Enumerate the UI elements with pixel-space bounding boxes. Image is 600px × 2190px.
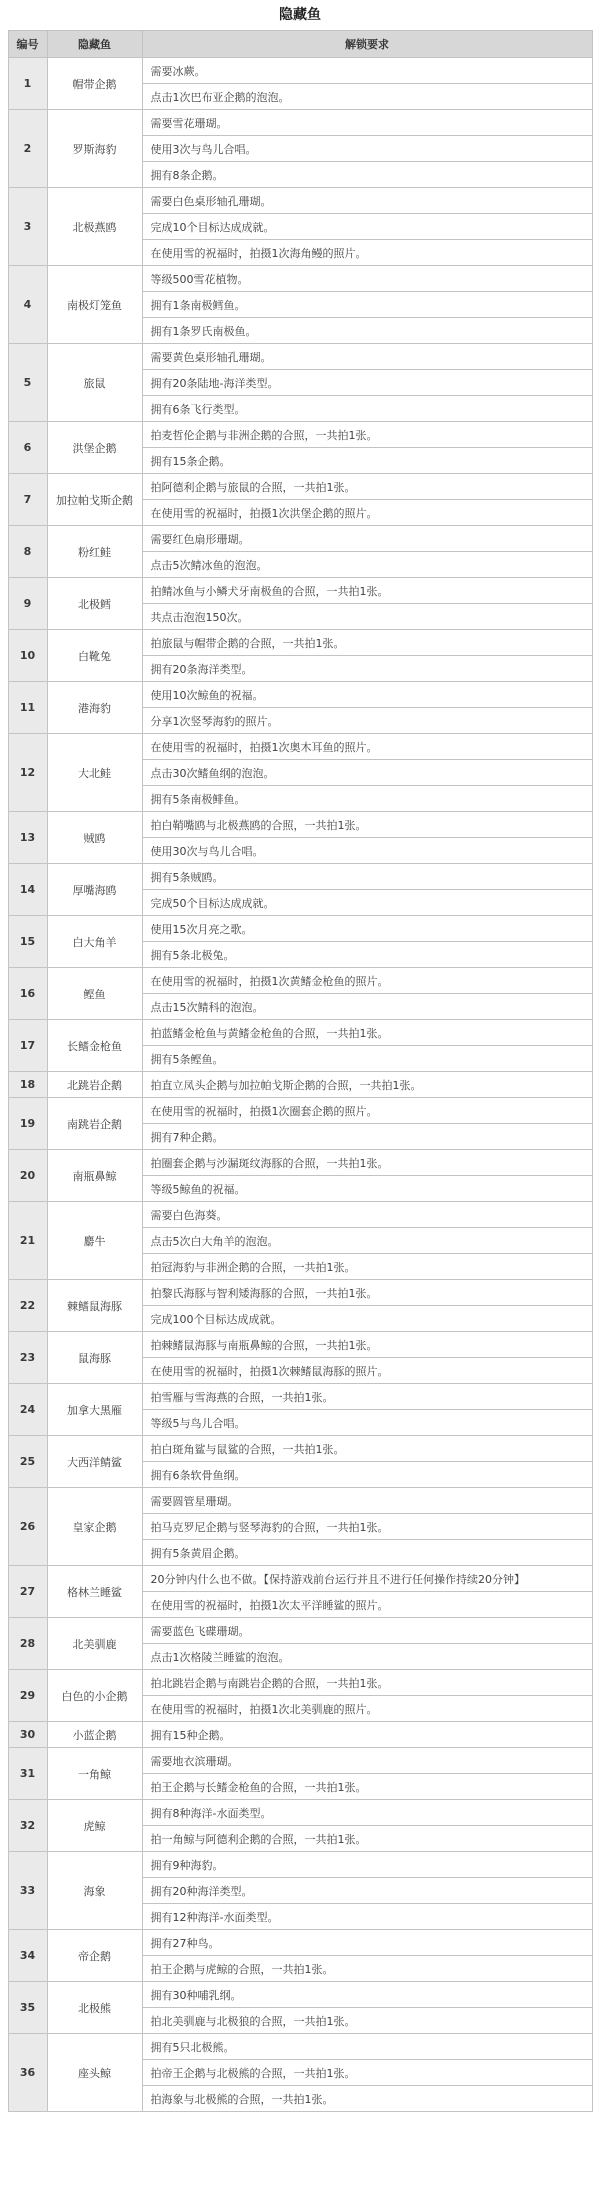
table-row: 18北跳岩企鹅拍直立凤头企鹅与加拉帕戈斯企鹅的合照，一共拍1张。 (8, 1072, 592, 1098)
table-row: 1帽带企鹅需要冰蕨。 (8, 58, 592, 84)
fish-name-cell: 帽带企鹅 (47, 58, 142, 110)
table-row: 10白靴兔拍旅鼠与帽带企鹅的合照，一共拍1张。 (8, 630, 592, 656)
table-row: 22棘鳍鼠海豚拍黎氏海豚与智利矮海豚的合照，一共拍1张。 (8, 1280, 592, 1306)
fish-name-cell: 棘鳍鼠海豚 (47, 1280, 142, 1332)
requirement-cell: 在使用雪的祝福时，拍摄1次黄鳍金枪鱼的照片。 (142, 968, 592, 994)
requirement-cell: 需要黄色桌形轴孔珊瑚。 (142, 344, 592, 370)
row-number-cell: 28 (8, 1618, 47, 1670)
requirement-cell: 拥有5条南极鲱鱼。 (142, 786, 592, 812)
requirement-cell: 拍北美驯鹿与北极狼的合照，一共拍1张。 (142, 2008, 592, 2034)
requirement-cell: 使用10次鲸鱼的祝福。 (142, 682, 592, 708)
fish-name-cell: 北美驯鹿 (47, 1618, 142, 1670)
requirement-cell: 拍一角鲸与阿德利企鹅的合照，一共拍1张。 (142, 1826, 592, 1852)
table-row: 25大西洋鲭鲨拍白斑角鲨与鼠鲨的合照，一共拍1张。 (8, 1436, 592, 1462)
row-number-cell: 13 (8, 812, 47, 864)
fish-name-cell: 加拉帕戈斯企鹅 (47, 474, 142, 526)
table-row: 26皇家企鹅需要圆管星珊瑚。 (8, 1488, 592, 1514)
row-number-cell: 21 (8, 1202, 47, 1280)
row-number-cell: 32 (8, 1800, 47, 1852)
requirement-cell: 等级500雪花植物。 (142, 266, 592, 292)
table-row: 15白大角羊使用15次月亮之歌。 (8, 916, 592, 942)
requirement-cell: 使用3次与鸟儿合唱。 (142, 136, 592, 162)
row-number-cell: 23 (8, 1332, 47, 1384)
requirement-cell: 在使用雪的祝福时，拍摄1次洪堡企鹅的照片。 (142, 500, 592, 526)
requirement-cell: 拥有1条罗氏南极鱼。 (142, 318, 592, 344)
table-row: 27格林兰睡鲨20分钟内什么也不做。【保持游戏前台运行并且不进行任何操作持续20… (8, 1566, 592, 1592)
requirement-cell: 拥有5条黄眉企鹅。 (142, 1540, 592, 1566)
requirement-cell: 分享1次竖琴海豹的照片。 (142, 708, 592, 734)
fish-name-cell: 虎鲸 (47, 1800, 142, 1852)
requirement-cell: 拍王企鹅与虎鲸的合照，一共拍1张。 (142, 1956, 592, 1982)
fish-name-cell: 大北鲑 (47, 734, 142, 812)
fish-name-cell: 一角鲸 (47, 1748, 142, 1800)
fish-name-cell: 洪堡企鹅 (47, 422, 142, 474)
requirement-cell: 拥有5条鲣鱼。 (142, 1046, 592, 1072)
table-row: 24加拿大黑雁拍雪雁与雪海燕的合照，一共拍1张。 (8, 1384, 592, 1410)
table-row: 11港海豹使用10次鲸鱼的祝福。 (8, 682, 592, 708)
requirement-cell: 需要雪花珊瑚。 (142, 110, 592, 136)
table-row: 16鲣鱼在使用雪的祝福时，拍摄1次黄鳍金枪鱼的照片。 (8, 968, 592, 994)
table-row: 12大北鲑在使用雪的祝福时，拍摄1次奥木耳鱼的照片。 (8, 734, 592, 760)
requirement-cell: 在使用雪的祝福时，拍摄1次太平洋睡鲨的照片。 (142, 1592, 592, 1618)
requirement-cell: 拥有27种鸟。 (142, 1930, 592, 1956)
table-row: 20南瓶鼻鲸拍圈套企鹅与沙漏斑纹海豚的合照，一共拍1张。 (8, 1150, 592, 1176)
table-row: 36座头鲸拥有5只北极熊。 (8, 2034, 592, 2060)
requirement-cell: 拥有8种海洋-水面类型。 (142, 1800, 592, 1826)
fish-name-cell: 北极燕鸥 (47, 188, 142, 266)
requirement-cell: 点击5次鲭冰鱼的泡泡。 (142, 552, 592, 578)
requirement-cell: 需要地衣滨珊瑚。 (142, 1748, 592, 1774)
requirement-cell: 在使用雪的祝福时，拍摄1次奥木耳鱼的照片。 (142, 734, 592, 760)
requirement-cell: 拥有20种海洋类型。 (142, 1878, 592, 1904)
requirement-cell: 拍雪雁与雪海燕的合照，一共拍1张。 (142, 1384, 592, 1410)
requirement-cell: 拥有8条企鹅。 (142, 162, 592, 188)
requirement-cell: 使用15次月亮之歌。 (142, 916, 592, 942)
row-number-cell: 14 (8, 864, 47, 916)
row-number-cell: 4 (8, 266, 47, 344)
requirement-cell: 在使用雪的祝福时，拍摄1次棘鳍鼠海豚的照片。 (142, 1358, 592, 1384)
requirement-cell: 拍帝王企鹅与北极熊的合照，一共拍1张。 (142, 2060, 592, 2086)
table-row: 19南跳岩企鹅在使用雪的祝福时，拍摄1次圈套企鹅的照片。 (8, 1098, 592, 1124)
table-row: 5旅鼠需要黄色桌形轴孔珊瑚。 (8, 344, 592, 370)
table-row: 31一角鲸需要地衣滨珊瑚。 (8, 1748, 592, 1774)
table-body: 1帽带企鹅需要冰蕨。点击1次巴布亚企鹅的泡泡。2罗斯海豹需要雪花珊瑚。使用3次与… (8, 58, 592, 2112)
fish-name-cell: 大西洋鲭鲨 (47, 1436, 142, 1488)
requirement-cell: 在使用雪的祝福时，拍摄1次圈套企鹅的照片。 (142, 1098, 592, 1124)
requirement-cell: 在使用雪的祝福时，拍摄1次海角鳗的照片。 (142, 240, 592, 266)
requirement-cell: 拍蓝鳍金枪鱼与黄鳍金枪鱼的合照，一共拍1张。 (142, 1020, 592, 1046)
row-number-cell: 12 (8, 734, 47, 812)
requirement-cell: 拥有5条贼鸥。 (142, 864, 592, 890)
row-number-cell: 26 (8, 1488, 47, 1566)
fish-name-cell: 北极鳕 (47, 578, 142, 630)
table-row: 28北美驯鹿需要蓝色飞碟珊瑚。 (8, 1618, 592, 1644)
row-number-cell: 20 (8, 1150, 47, 1202)
fish-name-cell: 皇家企鹅 (47, 1488, 142, 1566)
table-row: 14厚嘴海鸥拥有5条贼鸥。 (8, 864, 592, 890)
requirement-cell: 拍马克罗尼企鹅与竖琴海豹的合照，一共拍1张。 (142, 1514, 592, 1540)
requirement-cell: 拥有12种海洋-水面类型。 (142, 1904, 592, 1930)
fish-name-cell: 鲣鱼 (47, 968, 142, 1020)
requirement-cell: 拥有30种哺乳纲。 (142, 1982, 592, 2008)
fish-name-cell: 白靴兔 (47, 630, 142, 682)
table-row: 17长鳍金枪鱼拍蓝鳍金枪鱼与黄鳍金枪鱼的合照，一共拍1张。 (8, 1020, 592, 1046)
requirement-cell: 拥有5只北极熊。 (142, 2034, 592, 2060)
requirement-cell: 拍直立凤头企鹅与加拉帕戈斯企鹅的合照，一共拍1张。 (142, 1072, 592, 1098)
row-number-cell: 2 (8, 110, 47, 188)
fish-name-cell: 罗斯海豹 (47, 110, 142, 188)
row-number-cell: 33 (8, 1852, 47, 1930)
col-header-number: 编号 (8, 31, 47, 58)
requirement-cell: 拍棘鳍鼠海豚与南瓶鼻鲸的合照，一共拍1张。 (142, 1332, 592, 1358)
row-number-cell: 29 (8, 1670, 47, 1722)
fish-name-cell: 贼鸥 (47, 812, 142, 864)
table-row: 4南极灯笼鱼等级500雪花植物。 (8, 266, 592, 292)
requirement-cell: 拍冠海豹与非洲企鹅的合照，一共拍1张。 (142, 1254, 592, 1280)
row-number-cell: 24 (8, 1384, 47, 1436)
fish-name-cell: 南跳岩企鹅 (47, 1098, 142, 1150)
fish-name-cell: 北极熊 (47, 1982, 142, 2034)
requirement-cell: 点击5次白大角羊的泡泡。 (142, 1228, 592, 1254)
fish-name-cell: 鼠海豚 (47, 1332, 142, 1384)
table-row: 23鼠海豚拍棘鳍鼠海豚与南瓶鼻鲸的合照，一共拍1张。 (8, 1332, 592, 1358)
requirement-cell: 使用30次与鸟儿合唱。 (142, 838, 592, 864)
table-row: 32虎鲸拥有8种海洋-水面类型。 (8, 1800, 592, 1826)
fish-name-cell: 南极灯笼鱼 (47, 266, 142, 344)
fish-name-cell: 白色的小企鹅 (47, 1670, 142, 1722)
requirement-cell: 拥有15种企鹅。 (142, 1722, 592, 1748)
requirement-cell: 共点击泡泡150次。 (142, 604, 592, 630)
requirement-cell: 完成100个目标达成成就。 (142, 1306, 592, 1332)
row-number-cell: 9 (8, 578, 47, 630)
requirement-cell: 等级5与鸟儿合唱。 (142, 1410, 592, 1436)
fish-name-cell: 白大角羊 (47, 916, 142, 968)
requirement-cell: 拥有1条南极鳕鱼。 (142, 292, 592, 318)
table-row: 21麝牛需要白色海葵。 (8, 1202, 592, 1228)
fish-name-cell: 座头鲸 (47, 2034, 142, 2112)
requirement-cell: 拥有15条企鹅。 (142, 448, 592, 474)
table-row: 9北极鳕拍鲭冰鱼与小鳞犬牙南极鱼的合照，一共拍1张。 (8, 578, 592, 604)
row-number-cell: 15 (8, 916, 47, 968)
fish-name-cell: 厚嘴海鸥 (47, 864, 142, 916)
requirement-cell: 点击1次格陵兰睡鲨的泡泡。 (142, 1644, 592, 1670)
row-number-cell: 19 (8, 1098, 47, 1150)
requirement-cell: 拥有5条北极兔。 (142, 942, 592, 968)
row-number-cell: 10 (8, 630, 47, 682)
requirement-cell: 拍圈套企鹅与沙漏斑纹海豚的合照，一共拍1张。 (142, 1150, 592, 1176)
table-row: 34帝企鹅拥有27种鸟。 (8, 1930, 592, 1956)
fish-name-cell: 港海豹 (47, 682, 142, 734)
hidden-fish-table: 编号 隐藏鱼 解锁要求 1帽带企鹅需要冰蕨。点击1次巴布亚企鹅的泡泡。2罗斯海豹… (8, 30, 593, 2112)
fish-name-cell: 粉红鲑 (47, 526, 142, 578)
requirement-cell: 拥有20条海洋类型。 (142, 656, 592, 682)
requirement-cell: 拥有6条飞行类型。 (142, 396, 592, 422)
table-row: 3北极燕鸥需要白色桌形轴孔珊瑚。 (8, 188, 592, 214)
requirement-cell: 需要白色桌形轴孔珊瑚。 (142, 188, 592, 214)
row-number-cell: 17 (8, 1020, 47, 1072)
requirement-cell: 拍鲭冰鱼与小鳞犬牙南极鱼的合照，一共拍1张。 (142, 578, 592, 604)
row-number-cell: 22 (8, 1280, 47, 1332)
col-header-fish: 隐藏鱼 (47, 31, 142, 58)
requirement-cell: 拍王企鹅与长鳍金枪鱼的合照，一共拍1张。 (142, 1774, 592, 1800)
requirement-cell: 20分钟内什么也不做。【保持游戏前台运行并且不进行任何操作持续20分钟】 (142, 1566, 592, 1592)
requirement-cell: 拍阿德利企鹅与旅鼠的合照，一共拍1张。 (142, 474, 592, 500)
page-title: 隐藏鱼 (0, 0, 600, 30)
row-number-cell: 1 (8, 58, 47, 110)
fish-name-cell: 小蓝企鹅 (47, 1722, 142, 1748)
fish-name-cell: 南瓶鼻鲸 (47, 1150, 142, 1202)
table-row: 8粉红鲑需要红色扇形珊瑚。 (8, 526, 592, 552)
requirement-cell: 需要圆管星珊瑚。 (142, 1488, 592, 1514)
row-number-cell: 30 (8, 1722, 47, 1748)
row-number-cell: 7 (8, 474, 47, 526)
requirement-cell: 需要冰蕨。 (142, 58, 592, 84)
requirement-cell: 完成50个目标达成成就。 (142, 890, 592, 916)
col-header-requirements: 解锁要求 (142, 31, 592, 58)
requirement-cell: 拍白鞘嘴鸥与北极燕鸥的合照，一共拍1张。 (142, 812, 592, 838)
requirement-cell: 拍旅鼠与帽带企鹅的合照，一共拍1张。 (142, 630, 592, 656)
requirement-cell: 拍黎氏海豚与智利矮海豚的合照，一共拍1张。 (142, 1280, 592, 1306)
table-row: 29白色的小企鹅拍北跳岩企鹅与南跳岩企鹅的合照，一共拍1张。 (8, 1670, 592, 1696)
table-row: 13贼鸥拍白鞘嘴鸥与北极燕鸥的合照，一共拍1张。 (8, 812, 592, 838)
requirement-cell: 拍北跳岩企鹅与南跳岩企鹅的合照，一共拍1张。 (142, 1670, 592, 1696)
requirement-cell: 拥有7种企鹅。 (142, 1124, 592, 1150)
requirement-cell: 需要红色扇形珊瑚。 (142, 526, 592, 552)
table-row: 6洪堡企鹅拍麦哲伦企鹅与非洲企鹅的合照，一共拍1张。 (8, 422, 592, 448)
row-number-cell: 5 (8, 344, 47, 422)
requirement-cell: 点击15次鲭科的泡泡。 (142, 994, 592, 1020)
row-number-cell: 36 (8, 2034, 47, 2112)
row-number-cell: 35 (8, 1982, 47, 2034)
row-number-cell: 34 (8, 1930, 47, 1982)
page: 隐藏鱼 编号 隐藏鱼 解锁要求 1帽带企鹅需要冰蕨。点击1次巴布亚企鹅的泡泡。2… (0, 0, 600, 2112)
row-number-cell: 25 (8, 1436, 47, 1488)
row-number-cell: 18 (8, 1072, 47, 1098)
requirement-cell: 拥有6条软骨鱼纲。 (142, 1462, 592, 1488)
fish-name-cell: 长鳍金枪鱼 (47, 1020, 142, 1072)
requirement-cell: 拍海象与北极熊的合照，一共拍1张。 (142, 2086, 592, 2112)
table-row: 2罗斯海豹需要雪花珊瑚。 (8, 110, 592, 136)
table-row: 7加拉帕戈斯企鹅拍阿德利企鹅与旅鼠的合照，一共拍1张。 (8, 474, 592, 500)
fish-name-cell: 麝牛 (47, 1202, 142, 1280)
row-number-cell: 8 (8, 526, 47, 578)
row-number-cell: 27 (8, 1566, 47, 1618)
row-number-cell: 11 (8, 682, 47, 734)
requirement-cell: 拥有9种海豹。 (142, 1852, 592, 1878)
requirement-cell: 点击30次鳍鱼纲的泡泡。 (142, 760, 592, 786)
fish-name-cell: 北跳岩企鹅 (47, 1072, 142, 1098)
row-number-cell: 31 (8, 1748, 47, 1800)
requirement-cell: 拥有20条陆地-海洋类型。 (142, 370, 592, 396)
requirement-cell: 拍白斑角鲨与鼠鲨的合照，一共拍1张。 (142, 1436, 592, 1462)
requirement-cell: 拍麦哲伦企鹅与非洲企鹅的合照，一共拍1张。 (142, 422, 592, 448)
requirement-cell: 等级5鲸鱼的祝福。 (142, 1176, 592, 1202)
requirement-cell: 需要蓝色飞碟珊瑚。 (142, 1618, 592, 1644)
requirement-cell: 完成10个目标达成成就。 (142, 214, 592, 240)
requirement-cell: 点击1次巴布亚企鹅的泡泡。 (142, 84, 592, 110)
fish-name-cell: 格林兰睡鲨 (47, 1566, 142, 1618)
table-row: 33海象拥有9种海豹。 (8, 1852, 592, 1878)
requirement-cell: 需要白色海葵。 (142, 1202, 592, 1228)
fish-name-cell: 旅鼠 (47, 344, 142, 422)
row-number-cell: 6 (8, 422, 47, 474)
fish-name-cell: 海象 (47, 1852, 142, 1930)
table-row: 30小蓝企鹅拥有15种企鹅。 (8, 1722, 592, 1748)
fish-name-cell: 加拿大黑雁 (47, 1384, 142, 1436)
row-number-cell: 3 (8, 188, 47, 266)
header-row: 编号 隐藏鱼 解锁要求 (8, 31, 592, 58)
table-header: 编号 隐藏鱼 解锁要求 (8, 31, 592, 58)
fish-name-cell: 帝企鹅 (47, 1930, 142, 1982)
requirement-cell: 在使用雪的祝福时，拍摄1次北美驯鹿的照片。 (142, 1696, 592, 1722)
row-number-cell: 16 (8, 968, 47, 1020)
table-row: 35北极熊拥有30种哺乳纲。 (8, 1982, 592, 2008)
